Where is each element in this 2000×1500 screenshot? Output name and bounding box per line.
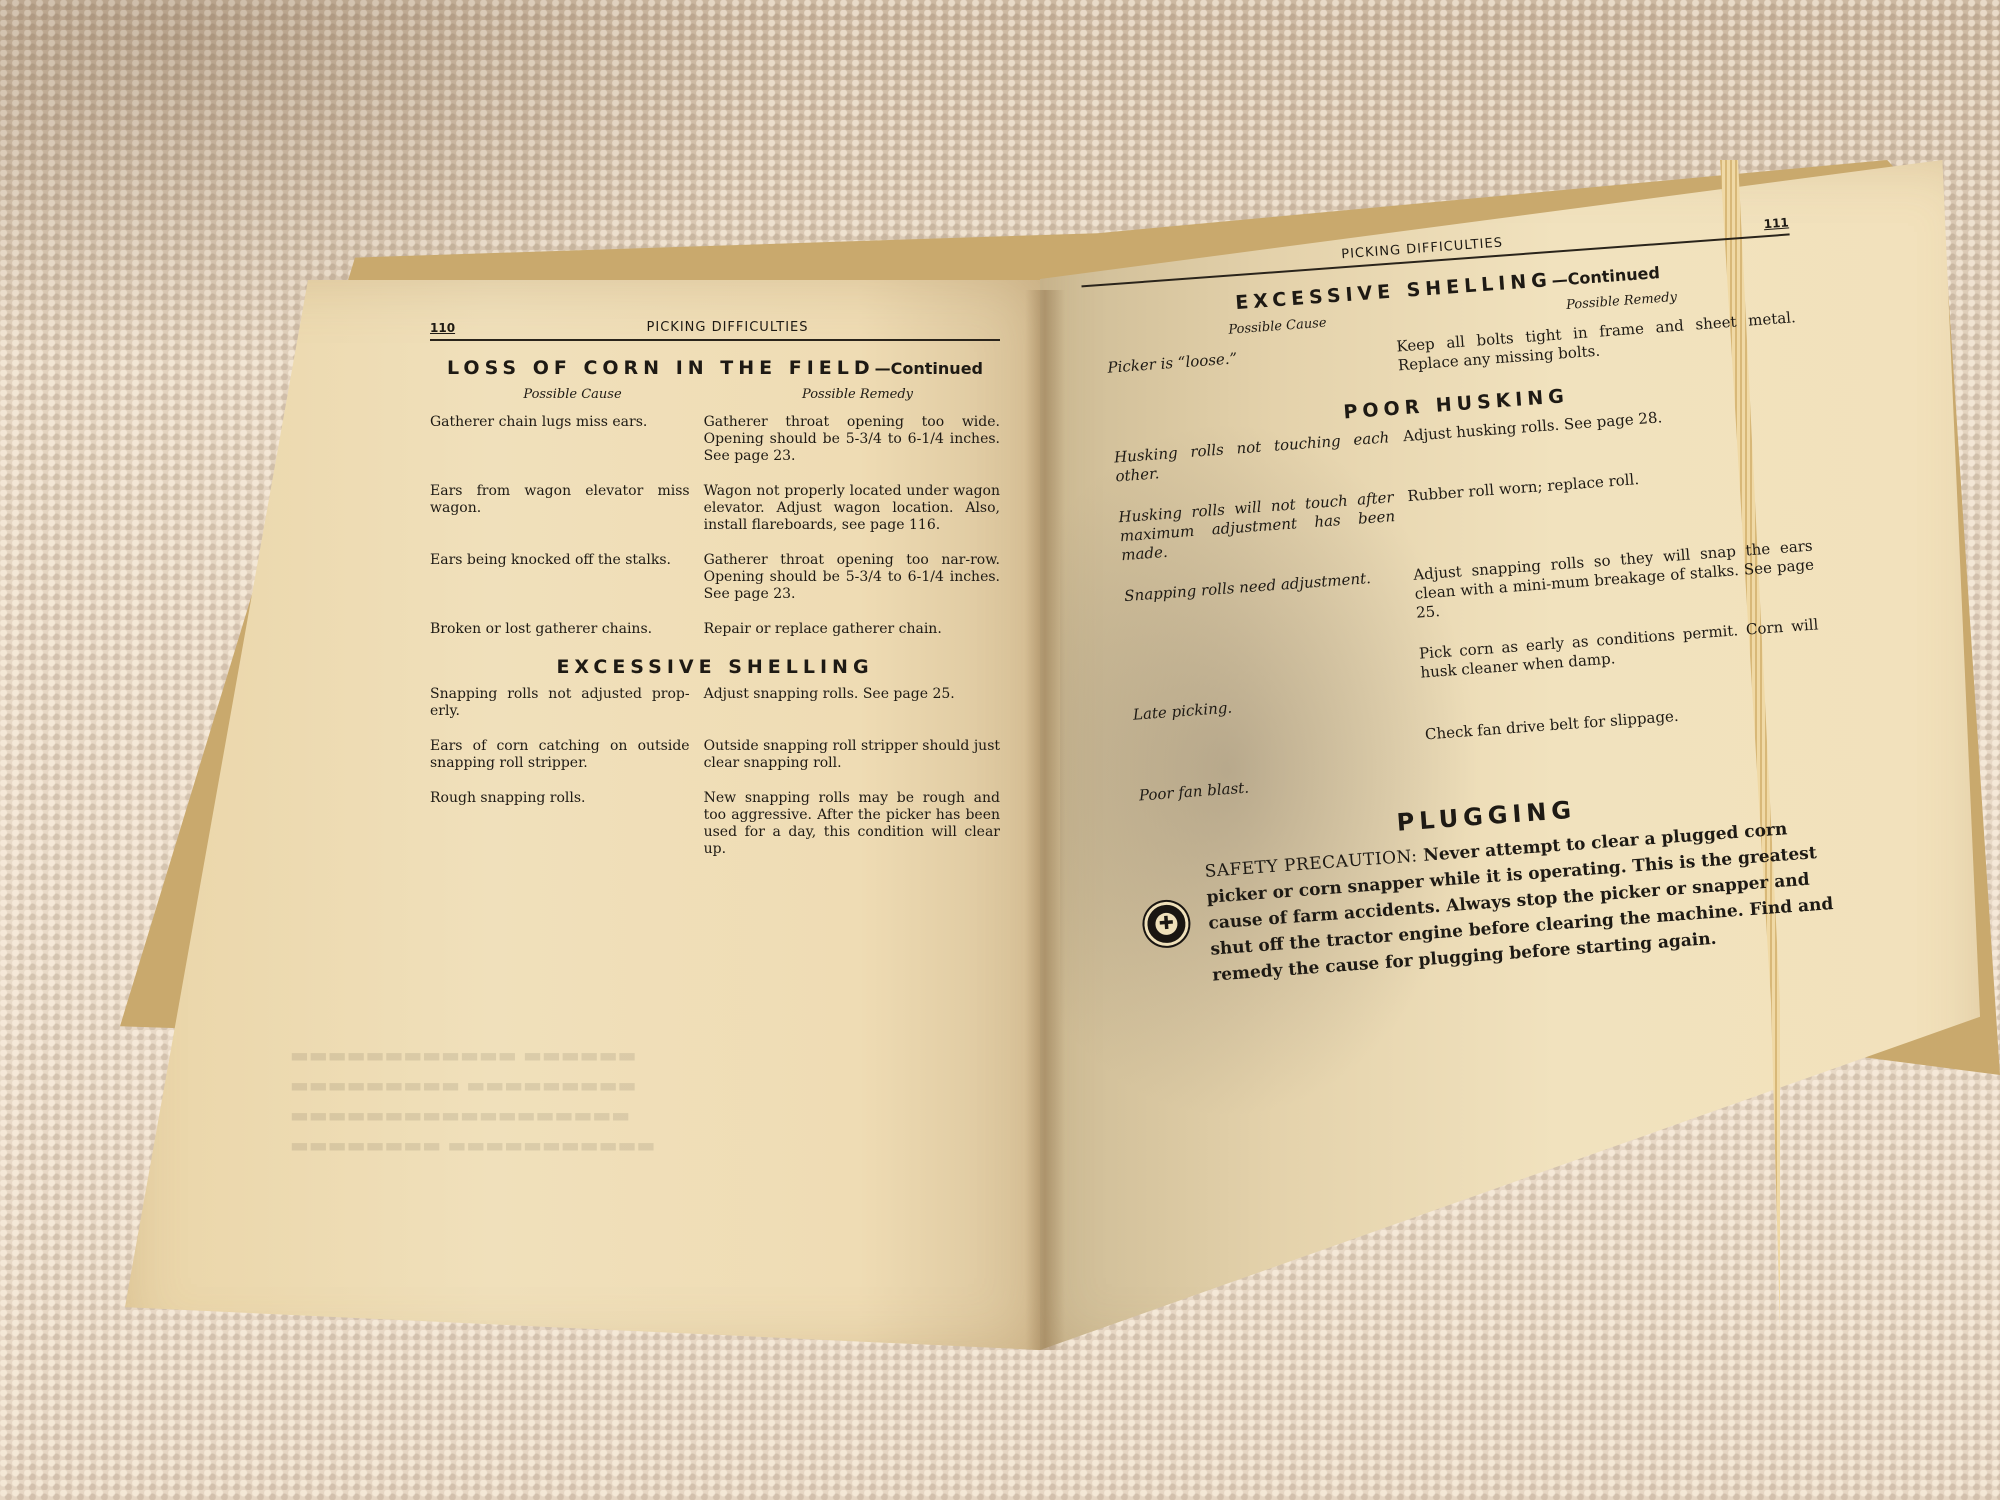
section-title-text: EXCESSIVE SHELLING (556, 656, 873, 678)
remedy-header: Possible Remedy (715, 387, 1000, 402)
left-page-content: 110 PICKING DIFFICULTIES LOSS OF CORN IN… (430, 320, 1000, 876)
page-number: 111 (1763, 215, 1789, 231)
cause-cell: Rough snapping rolls. (430, 790, 704, 858)
table-row: Rough snapping rolls.New snapping rolls … (430, 790, 1000, 858)
cause-cell: Late picking. (1129, 645, 1422, 725)
cause-cell: Gatherer chain lugs miss ears. (430, 414, 704, 465)
page-number: 110 (430, 321, 455, 335)
cause-cell: Ears being knocked off the stalks. (430, 552, 704, 603)
remedy-cell: Check fan drive belt for slippage. (1424, 696, 1827, 784)
section-title: EXCESSIVE SHELLING (430, 656, 1000, 678)
table-row: Ears from wagon elevator miss wagon.Wago… (430, 483, 1000, 534)
remedy-cell: Adjust snapping rolls so they will snap … (1413, 537, 1816, 623)
continued-label: —Continued (1551, 263, 1660, 290)
section-title: LOSS OF CORN IN THE FIELD—Continued (430, 357, 1000, 379)
cause-cell: Poor fan blast. (1135, 725, 1428, 805)
remedy-cell: Gatherer throat opening too nar-row. Ope… (704, 552, 1000, 603)
section-title-text: LOSS OF CORN IN THE FIELD (447, 357, 875, 379)
cause-cell: Broken or lost gatherer chains. (430, 621, 704, 638)
cause-cell: Snapping rolls not adjusted prop-erly. (430, 686, 704, 720)
remedy-cell: Wagon not properly located under wagon e… (704, 483, 1000, 534)
book-spine (1025, 290, 1065, 1350)
table-row: Snapping rolls not adjusted prop-erly.Ad… (430, 686, 1000, 720)
cause-cell: Ears of corn catching on outside snappin… (430, 738, 704, 772)
section-title-text: PLUGGING (1396, 796, 1577, 837)
cause-cell: Husking rolls will not touch after maxim… (1118, 487, 1411, 565)
remedy-cell: Gatherer throat opening too wide. Openin… (704, 414, 1000, 465)
remedy-cell: New snapping rolls may be rough and too … (704, 790, 1000, 858)
table-row: Ears of corn catching on outside snappin… (430, 738, 1000, 772)
right-page-content: PICKING DIFFICULTIES 111 EXCESSIVE SHELL… (1100, 214, 1842, 993)
column-headers: Possible Cause Possible Remedy (430, 387, 1000, 402)
cause-cell: Picker is “loose.” (1107, 338, 1399, 397)
running-head: 110 PICKING DIFFICULTIES (430, 320, 1000, 341)
cause-cell: Snapping rolls need adjustment. (1124, 566, 1417, 644)
remedy-cell: Pick corn as early as conditions permit.… (1418, 615, 1821, 703)
remedy-cell: Outside snapping roll stripper should ju… (704, 738, 1000, 772)
table-row: Gatherer chain lugs miss ears.Gatherer t… (430, 414, 1000, 465)
remedy-cell: Repair or replace gatherer chain. (704, 621, 1000, 638)
cause-cell: Ears from wagon elevator miss wagon. (430, 483, 704, 534)
remedy-cell: Rubber roll worn; replace roll. (1407, 458, 1810, 544)
continued-label: —Continued (875, 359, 983, 378)
table-row: Broken or lost gatherer chains.Repair or… (430, 621, 1000, 638)
cause-header: Possible Cause (430, 387, 715, 402)
table-row: Ears being knocked off the stalks.Gather… (430, 552, 1000, 603)
running-head-title: PICKING DIFFICULTIES (455, 320, 1000, 335)
remedy-cell: Adjust snapping rolls. See page 25. (704, 686, 1000, 720)
